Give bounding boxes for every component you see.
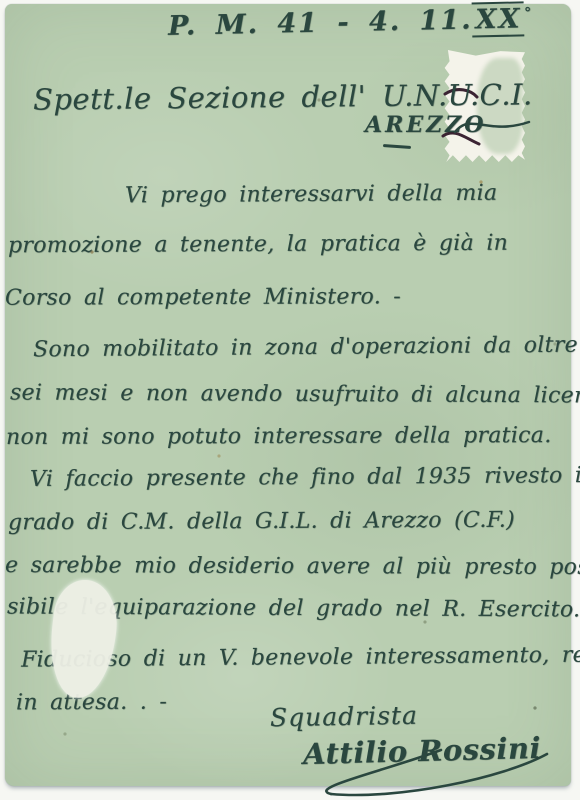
body-line: non mi sono potuto interessare della pra… — [6, 423, 552, 450]
header-year-superscript: ° — [524, 5, 533, 21]
body-line: Vi prego interessarvi della mia — [125, 181, 498, 209]
header-date-line: P. M. 41 - 4. 11.XX° — [168, 3, 534, 42]
valediction-line: in attesa. . - — [16, 690, 167, 716]
header-year-roman: XX — [472, 1, 525, 37]
body-line: grado di C.M. della G.I.L. di Arezzo (C.… — [8, 508, 515, 536]
header-date-prefix: P. M. 41 - 4. 11. — [168, 4, 473, 41]
body-line: Vi faccio presente che fino dal 1935 riv… — [30, 463, 580, 492]
body-line: Sono mobilitato in zona d'operazioni da … — [33, 333, 578, 363]
signature: Attilio Rossini — [303, 731, 542, 771]
scanned-postcard: P. M. 41 - 4. 11.XX° Spett.le Sezione de… — [0, 0, 580, 800]
place-flourish — [453, 110, 533, 140]
closing-role: Squadrista — [270, 701, 418, 733]
postcard-paper: P. M. 41 - 4. 11.XX° Spett.le Sezione de… — [5, 4, 571, 786]
place-underline — [383, 144, 411, 149]
body-line: Corso al competente Ministero. - — [5, 284, 401, 310]
body-line: promozione a tenente, la pratica è già i… — [8, 231, 508, 259]
body-line: sei mesi e non avendo usufruito di alcun… — [10, 380, 580, 408]
body-line: e sarebbe mio desiderio avere al più pre… — [5, 553, 580, 580]
